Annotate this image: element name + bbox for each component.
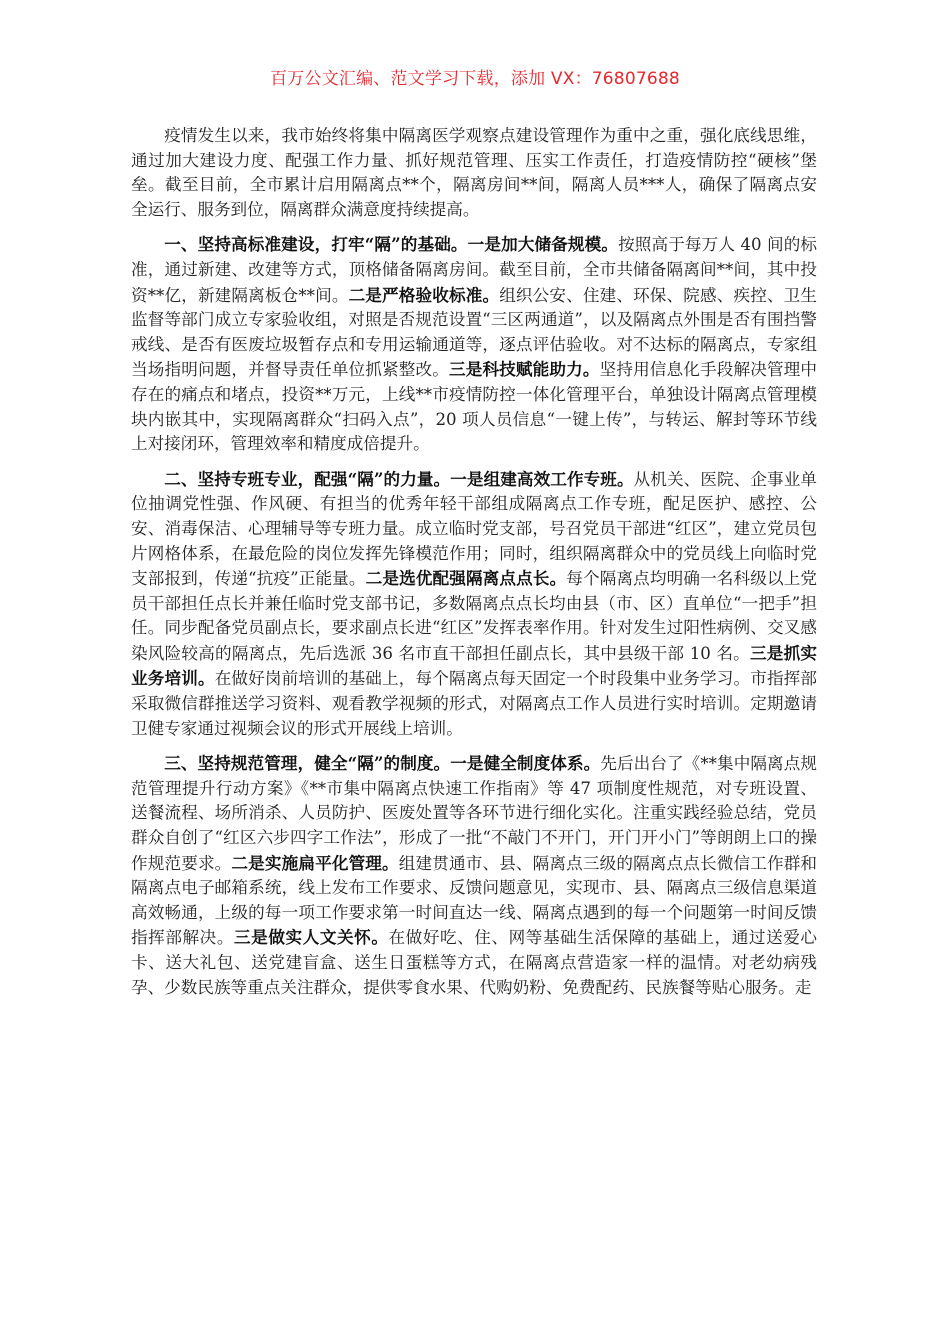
section-2-heading: 二、坚持专班专业，配强“隔”的力量。一是组建高效工作专班。 — [164, 469, 633, 489]
document-body: 疫情发生以来，我市始终将集中隔离医学观察点建设管理作为重中之重，强化底线思维，通… — [131, 124, 817, 1010]
promo-header: 百万公文汇编、范文学习下载，添加 VX：76807688 — [0, 66, 950, 92]
section-2-point-2: 二是选优配强隔离点点长。 — [366, 568, 567, 588]
section-2-text-3: 在做好岗前培训的基础上，每个隔离点每天固定一个时段集中业务学习。市指挥部采取微信… — [131, 669, 817, 737]
paragraph-section-3: 三、坚持规范管理，健全“隔”的制度。一是健全制度体系。先后出台了《**集中隔离点… — [131, 751, 817, 1000]
document-page: 百万公文汇编、范文学习下载，添加 VX：76807688 疫情发生以来，我市始终… — [0, 0, 950, 1344]
section-1-heading: 一、坚持高标准建设，打牢“隔”的基础。一是加大储备规模。 — [164, 234, 618, 254]
paragraph-section-1: 一、坚持高标准建设，打牢“隔”的基础。一是加大储备规模。按照高于每万人 40 间… — [131, 232, 817, 456]
section-3-heading: 三、坚持规范管理，健全“隔”的制度。一是健全制度体系。 — [164, 753, 600, 773]
paragraph-section-2: 二、坚持专班专业，配强“隔”的力量。一是组建高效工作专班。从机关、医院、企事业单… — [131, 467, 817, 742]
section-3-point-2: 二是实施扁平化管理。 — [231, 853, 398, 873]
section-3-point-3: 三是做实人文关怀。 — [234, 927, 388, 947]
section-1-point-2: 二是严格验收标准。 — [349, 285, 500, 305]
paragraph-intro: 疫情发生以来，我市始终将集中隔离医学观察点建设管理作为重中之重，强化底线思维，通… — [131, 124, 817, 222]
section-1-point-3: 三是科技赋能助力。 — [449, 359, 600, 379]
intro-text: 疫情发生以来，我市始终将集中隔离医学观察点建设管理作为重中之重，强化底线思维，通… — [131, 126, 817, 219]
